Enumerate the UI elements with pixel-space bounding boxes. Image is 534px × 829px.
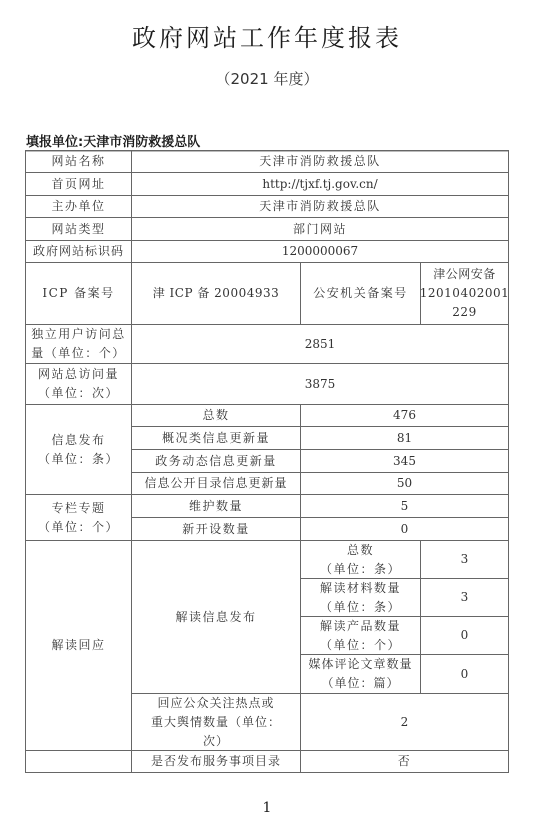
page-title: 政府网站工作年度报表 — [0, 18, 534, 53]
label-overview-updates: 概况类信息更新量 — [131, 426, 301, 450]
value-interp-materials: 3 — [420, 578, 509, 617]
value-police-record: 津公网安备 12010402001 229 — [420, 262, 509, 325]
label-catalog-updates: 信息公开目录信息更新量 — [131, 472, 301, 495]
value-site-type: 部门网站 — [131, 217, 509, 241]
value-media-articles: 0 — [420, 654, 509, 694]
label-icp: ICP 备案号 — [25, 262, 132, 325]
label-homepage-url: 首页网址 — [25, 172, 132, 196]
value-info-total: 476 — [300, 404, 509, 427]
value-icp: 津 ICP 备 20004933 — [131, 262, 301, 325]
label-public-response: 回应公众关注热点或 重大舆情数量（单位： 次） — [131, 693, 301, 751]
report-year: （2021 年度） — [0, 68, 534, 89]
label-unique-visitors: 独立用户访问总 量（单位：个） — [25, 324, 132, 364]
value-service-catalog: 否 — [300, 750, 509, 773]
label-total-visits: 网站总访问量 （单位：次） — [25, 363, 132, 405]
label-columns: 专栏专题 （单位：个） — [25, 494, 132, 541]
label-site-id: 政府网站标识码 — [25, 240, 132, 263]
label-police-record: 公安机关备案号 — [300, 262, 421, 325]
label-new-count: 新开设数量 — [131, 517, 301, 541]
label-interpretation: 解读回应 — [25, 540, 132, 751]
label-site-name: 网站名称 — [25, 150, 132, 173]
value-unique-visitors: 2851 — [131, 324, 509, 364]
value-sponsor: 天津市消防救援总队 — [131, 195, 509, 218]
value-overview-updates: 81 — [300, 426, 509, 450]
label-blank — [25, 750, 132, 773]
value-public-response: 2 — [300, 693, 509, 751]
label-media-articles: 媒体评论文章数量 （单位：篇） — [300, 654, 421, 694]
label-interp-materials: 解读材料数量 （单位：条） — [300, 578, 421, 617]
value-homepage-url: http://tjxf.tj.gov.cn/ — [131, 172, 509, 196]
value-catalog-updates: 50 — [300, 472, 509, 495]
label-interpretation-publish: 解读信息发布 — [131, 540, 301, 694]
value-new-count: 0 — [300, 517, 509, 541]
value-site-id: 1200000067 — [131, 240, 509, 263]
label-info-total: 总数 — [131, 404, 301, 427]
filling-unit: 填报单位:天津市消防救援总队 — [26, 131, 509, 152]
label-sponsor: 主办单位 — [25, 195, 132, 218]
value-total-visits: 3875 — [131, 363, 509, 405]
label-interp-total: 总数 （单位：条） — [300, 540, 421, 579]
label-service-catalog: 是否发布服务事项目录 — [131, 750, 301, 773]
page-number: 1 — [0, 800, 534, 816]
value-interp-products: 0 — [420, 616, 509, 655]
value-maintained-count: 5 — [300, 494, 509, 518]
label-info-publish: 信息发布 （单位：条） — [25, 404, 132, 495]
value-interp-total: 3 — [420, 540, 509, 579]
label-affairs-updates: 政务动态信息更新量 — [131, 449, 301, 473]
label-maintained-count: 维护数量 — [131, 494, 301, 518]
report-table: 网站名称 天津市消防救援总队 首页网址 http://tjxf.tj.gov.c… — [25, 150, 509, 773]
value-affairs-updates: 345 — [300, 449, 509, 473]
label-site-type: 网站类型 — [25, 217, 132, 241]
label-interp-products: 解读产品数量 （单位：个） — [300, 616, 421, 655]
value-site-name: 天津市消防救援总队 — [131, 150, 509, 173]
